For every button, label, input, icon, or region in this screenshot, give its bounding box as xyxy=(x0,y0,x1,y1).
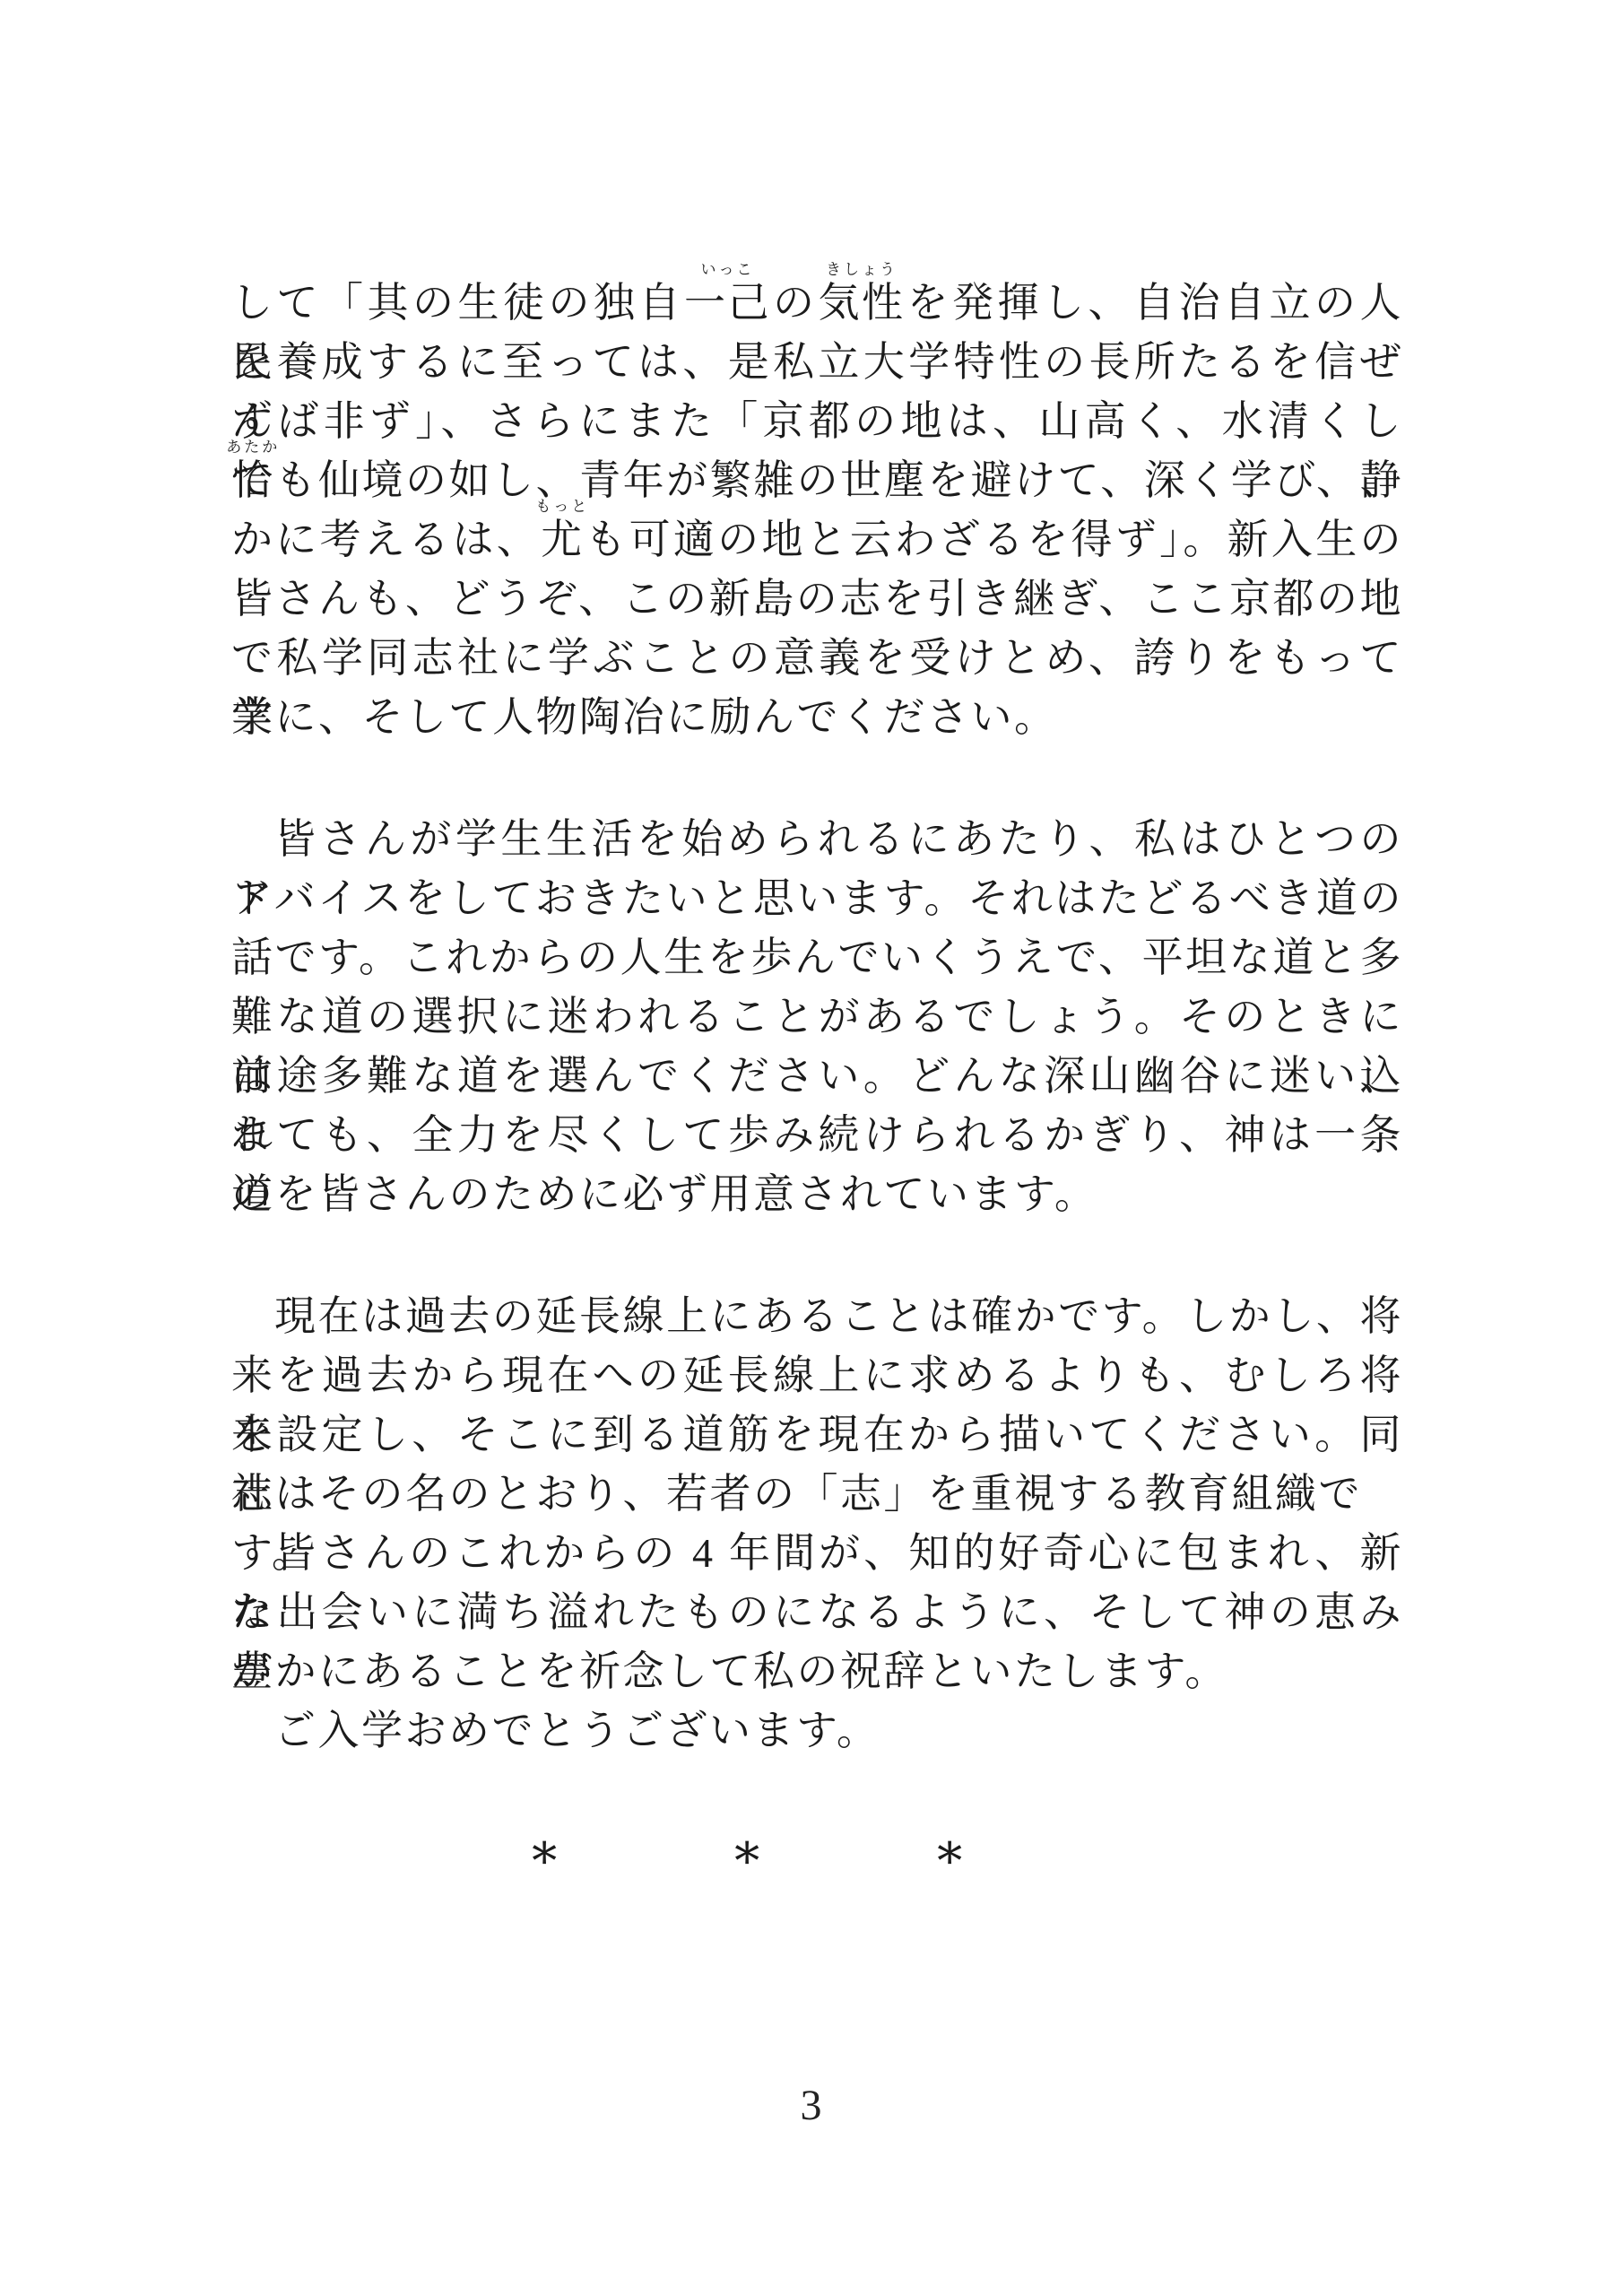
section-separator: ∗∗∗ xyxy=(231,1822,1403,1882)
paragraph-4: 皆さんのこれからの 4 年間が、知的好奇心に包まれ、新たな出会いに満ち溢れたもの… xyxy=(231,1524,1403,1701)
text-line: 皆さんも、どうぞ、この新島の志を引き継ぎ、ここ京都の地 xyxy=(231,570,1403,629)
text-line: ご入学おめでとうございます。 xyxy=(231,1701,1403,1761)
text-line: 業に、そして人物陶冶に励んでください。 xyxy=(231,688,1403,747)
document-body: して「其の生徒の独自一己いっこの気性きしょうを発揮し、自治自立の人民を養成するに… xyxy=(231,274,1403,1761)
text-line: 恰あたかも仙境の如し、青年が繁雑の世塵を避けて、深く学び、静 xyxy=(231,451,1403,510)
ruby-annotated-word: 一己いっこ xyxy=(684,274,771,333)
text-line: を養成するに至っては、是私立大学特性の長所たるを信ぜず xyxy=(231,333,1403,392)
text-line: 豊かにあることを祈念して私の祝辞といたします。 xyxy=(231,1642,1403,1701)
text-line: を設定し、そこに到る道筋を現在から描いてください。同志 xyxy=(231,1405,1403,1465)
text-line: 社はその名のとおり、若者の「志」を重視する教育組織です。 xyxy=(231,1465,1403,1524)
furigana-label: いっこ xyxy=(701,262,755,277)
text-line: 皆さんが学生生活を始められるにあたり、私はひとつのア xyxy=(231,810,1403,869)
text-line: 話です。これからの人生を歩んでいくうえで、平坦な道と多 xyxy=(231,928,1403,987)
text-line: かに考えるは、尤もっとも可適の地と云わざるを得ず」。新入生の xyxy=(231,510,1403,570)
text-line: れても、全力を尽くして歩み続けられるかぎり、神は一条の xyxy=(231,1106,1403,1165)
furigana-label: もっと xyxy=(535,499,589,514)
ruby-annotated-word: 気性きしょう xyxy=(819,274,906,333)
paragraph-5: ご入学おめでとうございます。 xyxy=(231,1701,1403,1761)
text-line: で私学同志社に学ぶことの意義を受けとめ、誇りをもって学 xyxy=(231,629,1403,688)
paragraph-2: 皆さんが学生生活を始められるにあたり、私はひとつのアドバイスをしておきたいと思い… xyxy=(231,810,1403,1224)
text-line: 皆さんのこれからの 4 年間が、知的好奇心に包まれ、新た xyxy=(231,1524,1403,1583)
text-line: 現在は過去の延長線上にあることは確かです。しかし、将 xyxy=(231,1287,1403,1346)
ruby-annotated-word: 尤もっと xyxy=(541,510,585,570)
paragraph-3: 現在は過去の延長線上にあることは確かです。しかし、将来を過去から現在への延長線上… xyxy=(231,1287,1403,1524)
text-line: して「其の生徒の独自一己いっこの気性きしょうを発揮し、自治自立の人民 xyxy=(231,274,1403,333)
text-line: 来を過去から現在への延長線上に求めるよりも、むしろ将来 xyxy=(231,1346,1403,1405)
text-line: 前途多難な道を選んでください。どんな深山幽谷に迷い込ま xyxy=(231,1047,1403,1106)
document-page: { "page": { "background": "#ffffff", "te… xyxy=(0,0,1622,2296)
asterisk-symbol: ∗ xyxy=(848,1822,1051,1882)
asterisk-symbol: ∗ xyxy=(646,1822,848,1882)
paragraph-1: して「其の生徒の独自一己いっこの気性きしょうを発揮し、自治自立の人民を養成するに… xyxy=(231,274,1403,747)
text-line: んば非ず」、さらにまた「京都の地は、山高く、水清くして、 xyxy=(231,392,1403,451)
text-line: な出会いに満ち溢れたものになるように、そして神の恵みが xyxy=(231,1583,1403,1642)
ruby-annotated-word: 恰あたか xyxy=(231,451,275,510)
text-line: 難な道の選択に迷われることがあるでしょう。そのときには、 xyxy=(231,987,1403,1047)
furigana-label: あたか xyxy=(226,439,280,455)
furigana-label: きしょう xyxy=(826,262,898,277)
asterisk-symbol: ∗ xyxy=(443,1822,646,1882)
text-line: ドバイスをしておきたいと思います。それはたどるべき道の xyxy=(231,869,1403,928)
page-number: 3 xyxy=(0,2079,1622,2133)
text-line: 道を皆さんのために必ず用意されています。 xyxy=(231,1165,1403,1224)
